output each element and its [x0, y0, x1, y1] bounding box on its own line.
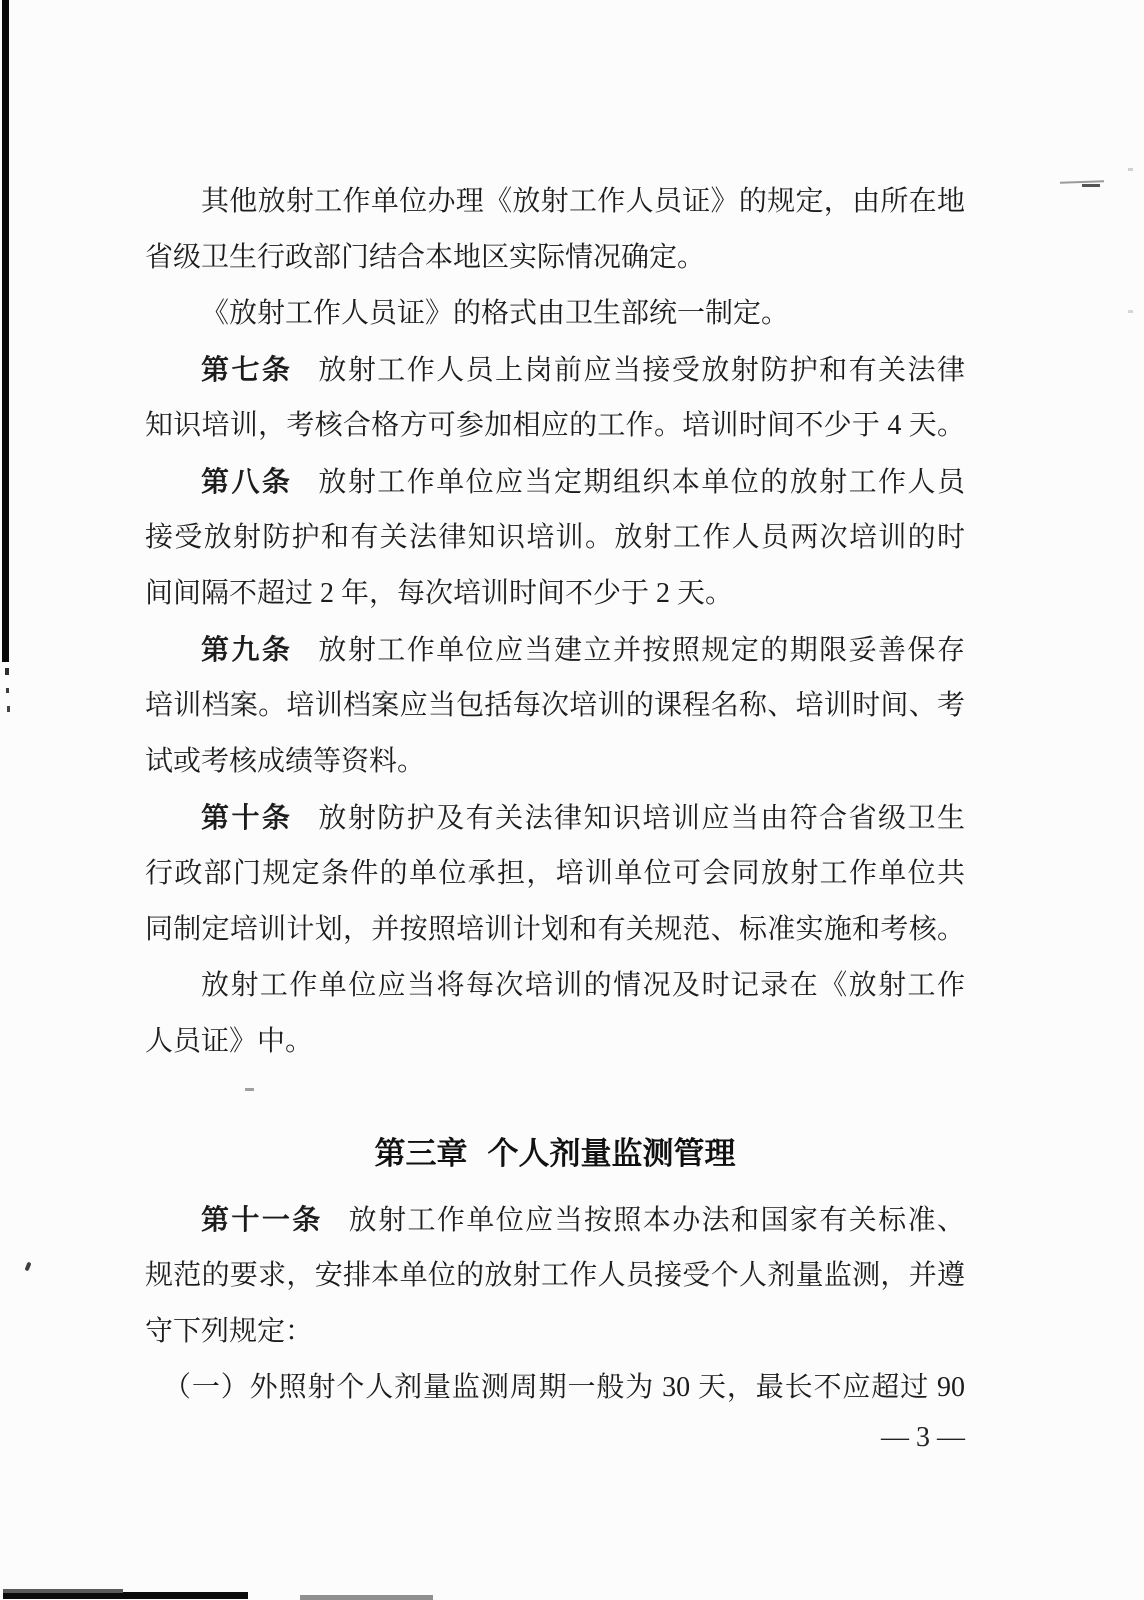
- scan-artifact-faint-dash: [1082, 184, 1100, 187]
- scan-artifact-bottom-bar: [3, 1592, 248, 1599]
- text-line: 第十条放射防护及有关法律知识培训应当由符合省级卫生: [145, 790, 965, 846]
- text-line: 省级卫生行政部门结合本地区实际情况确定。: [145, 230, 965, 286]
- scan-artifact-tick: [24, 1262, 31, 1272]
- line-text: 放射工作单位应当定期组织本单位的放射工作人员: [318, 467, 965, 498]
- line-text: 守下列规定：: [145, 1316, 313, 1347]
- line-text: 放射工作单位应当将每次培训的情况及时记录在《放射工作: [201, 970, 965, 1001]
- text-line: 间间隔不超过 2 年，每次培训时间不少于 2 天。: [145, 566, 965, 622]
- line-text: 规范的要求，安排本单位的放射工作人员接受个人剂量监测，并遵: [145, 1260, 965, 1291]
- text-line: （一）外照射个人剂量监测周期一般为 30 天，最长不应超过 90: [145, 1360, 965, 1416]
- chapter-heading: 第三章个人剂量监测管理: [145, 1126, 965, 1182]
- line-text: 其他放射工作单位办理《放射工作人员证》的规定，由所在地: [201, 186, 965, 217]
- scan-artifact-left-speck: [7, 706, 10, 712]
- text-line: 人员证》中。: [145, 1014, 965, 1070]
- scanned-document-page: 其他放射工作单位办理《放射工作人员证》的规定，由所在地 省级卫生行政部门结合本地…: [0, 0, 1144, 1600]
- scan-artifact-bottom-bar-shade: [3, 1589, 123, 1593]
- article-number: 第十一条: [201, 1204, 323, 1235]
- text-line: 第十一条放射工作单位应当按照本办法和国家有关标准、: [145, 1192, 965, 1248]
- article-number: 第八条: [201, 466, 292, 497]
- scan-artifact-bottom-bar-gray: [300, 1595, 433, 1600]
- line-text: 《放射工作人员证》的格式由卫生部统一制定。: [201, 298, 789, 329]
- line-text: 放射工作单位应当按照本办法和国家有关标准、: [349, 1205, 965, 1236]
- line-text: 人员证》中。: [145, 1026, 313, 1057]
- article-number: 第十条: [201, 802, 292, 833]
- scan-artifact-speck: [1128, 310, 1133, 313]
- line-text: 试或考核成绩等资料。: [145, 746, 425, 777]
- chapter-title: 个人剂量监测管理: [488, 1136, 736, 1171]
- line-text: 省级卫生行政部门结合本地区实际情况确定。: [145, 242, 705, 273]
- chapter-number: 第三章: [375, 1136, 468, 1171]
- line-text: 同制定培训计划，并按照培训计划和有关规范、标准实施和考核。: [145, 914, 965, 945]
- text-line: 行政部门规定条件的单位承担，培训单位可会同放射工作单位共: [145, 846, 965, 902]
- line-text: （一）外照射个人剂量监测周期一般为 30 天，最长不应超过 90: [163, 1372, 965, 1403]
- text-line: 第九条放射工作单位应当建立并按照规定的期限妥善保存: [145, 622, 965, 678]
- line-text: 放射防护及有关法律知识培训应当由符合省级卫生: [318, 803, 965, 834]
- article-number: 第九条: [201, 634, 292, 665]
- text-line: 知识培训，考核合格方可参加相应的工作。培训时间不少于 4 天。: [145, 398, 965, 454]
- text-line: 第八条放射工作单位应当定期组织本单位的放射工作人员: [145, 454, 965, 510]
- text-line: 接受放射防护和有关法律知识培训。放射工作人员两次培训的时: [145, 510, 965, 566]
- line-text: 间间隔不超过 2 年，每次培训时间不少于 2 天。: [145, 578, 733, 609]
- article-number: 第七条: [201, 354, 292, 385]
- line-text: 放射工作人员上岗前应当接受放射防护和有关法律: [318, 355, 965, 386]
- line-text: 知识培训，考核合格方可参加相应的工作。培训时间不少于 4 天。: [145, 410, 965, 441]
- text-line: 培训档案。培训档案应当包括每次培训的课程名称、培训时间、考: [145, 678, 965, 734]
- line-text: 培训档案。培训档案应当包括每次培训的课程名称、培训时间、考: [145, 690, 965, 721]
- text-line: 规范的要求，安排本单位的放射工作人员接受个人剂量监测，并遵: [145, 1248, 965, 1304]
- scan-artifact-left-bar: [2, 0, 9, 662]
- line-text: 放射工作单位应当建立并按照规定的期限妥善保存: [318, 635, 965, 666]
- text-line: 第七条放射工作人员上岗前应当接受放射防护和有关法律: [145, 342, 965, 398]
- scan-artifact-left-speck: [6, 688, 9, 693]
- text-line: 放射工作单位应当将每次培训的情况及时记录在《放射工作: [145, 958, 965, 1014]
- page-number: — 3 —: [145, 1410, 967, 1466]
- line-text: 接受放射防护和有关法律知识培训。放射工作人员两次培训的时: [145, 522, 965, 553]
- text-line: 其他放射工作单位办理《放射工作人员证》的规定，由所在地: [145, 174, 965, 230]
- text-line: 《放射工作人员证》的格式由卫生部统一制定。: [145, 286, 965, 342]
- scan-artifact-speck: [1128, 168, 1133, 171]
- text-line: 同制定培训计划，并按照培训计划和有关规范、标准实施和考核。: [145, 902, 965, 958]
- scan-artifact-left-speck: [5, 668, 9, 675]
- line-text: 行政部门规定条件的单位承担，培训单位可会同放射工作单位共: [145, 858, 965, 889]
- document-body: 其他放射工作单位办理《放射工作人员证》的规定，由所在地 省级卫生行政部门结合本地…: [145, 174, 965, 1416]
- text-line: 试或考核成绩等资料。: [145, 734, 965, 790]
- text-line: 守下列规定：: [145, 1304, 965, 1360]
